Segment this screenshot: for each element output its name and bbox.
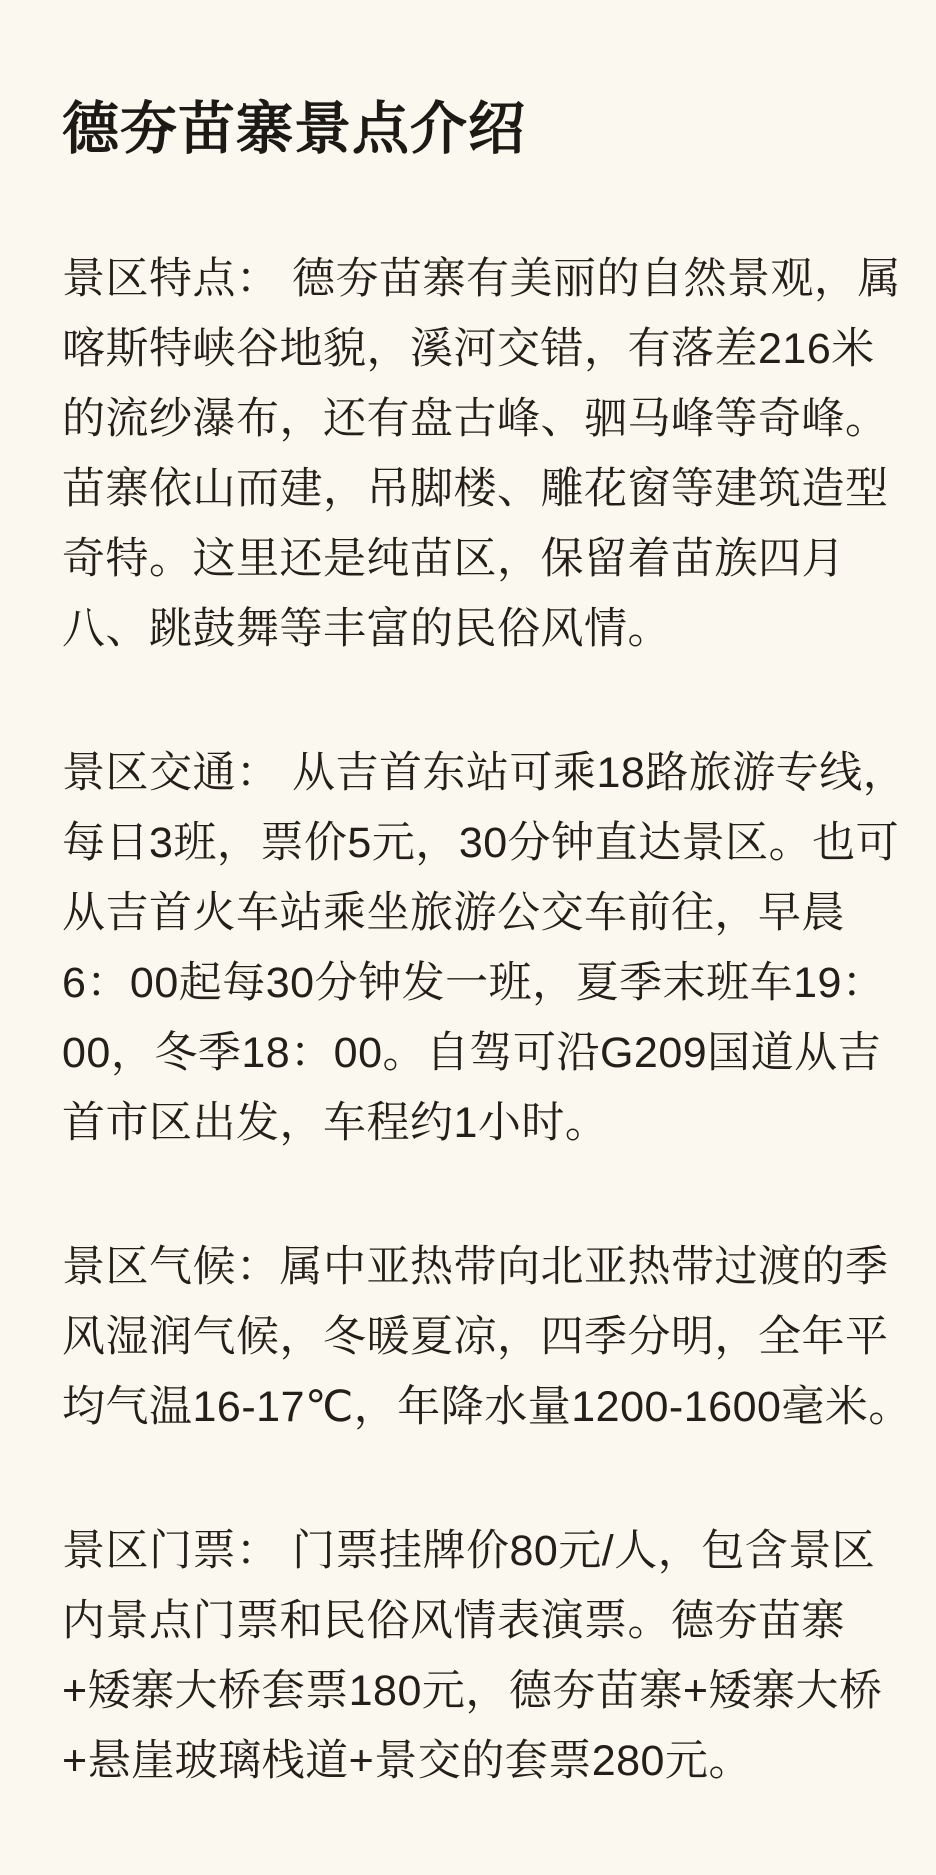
- text-line: +悬崖玻璃栈道+景交的套票280元。: [62, 1726, 886, 1796]
- section-climate: 景区气候：属中亚热带向北亚热带过渡的季 风湿润气候，冬暖夏凉，四季分明，全年平 …: [62, 1232, 886, 1442]
- text-line: 奇特。这里还是纯苗区，保留着苗族四月: [62, 524, 886, 594]
- text-line: 6：00起每30分钟发一班，夏季末班车19：: [62, 948, 886, 1018]
- text-line: +矮寨大桥套票180元，德夯苗寨+矮寨大桥: [62, 1656, 886, 1726]
- text-line: 00，冬季18：00。自驾可沿G209国道从吉: [62, 1018, 886, 1088]
- text-line: 景区交通： 从吉首东站可乘18路旅游专线，: [62, 738, 886, 808]
- text-line: 均气温16-17℃，年降水量1200-1600毫米。: [62, 1372, 886, 1442]
- document-content: 德夯苗寨景点介绍 景区特点： 德夯苗寨有美丽的自然景观，属 喀斯特峡谷地貌，溪河…: [0, 0, 936, 1796]
- text-line: 首市区出发，车程约1小时。: [62, 1088, 886, 1158]
- scenic-spot-intro-page: 德夯苗寨景点介绍 景区特点： 德夯苗寨有美丽的自然景观，属 喀斯特峡谷地貌，溪河…: [0, 0, 936, 1875]
- text-line: 喀斯特峡谷地貌，溪河交错，有落差216米: [62, 314, 886, 384]
- text-line: 苗寨依山而建，吊脚楼、雕花窗等建筑造型: [62, 454, 886, 524]
- text-line: 景区特点： 德夯苗寨有美丽的自然景观，属: [62, 244, 886, 314]
- section-tickets: 景区门票： 门票挂牌价80元/人，包含景区 内景点门票和民俗风情表演票。德夯苗寨…: [62, 1516, 886, 1796]
- text-line: 从吉首火车站乘坐旅游公交车前往，早晨: [62, 878, 886, 948]
- text-line: 内景点门票和民俗风情表演票。德夯苗寨: [62, 1586, 886, 1656]
- page-title: 德夯苗寨景点介绍: [62, 96, 886, 162]
- text-line: 景区门票： 门票挂牌价80元/人，包含景区: [62, 1516, 886, 1586]
- text-line: 景区气候：属中亚热带向北亚热带过渡的季: [62, 1232, 886, 1302]
- section-transportation: 景区交通： 从吉首东站可乘18路旅游专线， 每日3班，票价5元，30分钟直达景区…: [62, 738, 886, 1158]
- text-line: 每日3班，票价5元，30分钟直达景区。也可: [62, 808, 886, 878]
- text-line: 的流纱瀑布，还有盘古峰、驷马峰等奇峰。: [62, 384, 886, 454]
- text-line: 风湿润气候，冬暖夏凉，四季分明，全年平: [62, 1302, 886, 1372]
- section-scenic-features: 景区特点： 德夯苗寨有美丽的自然景观，属 喀斯特峡谷地貌，溪河交错，有落差216…: [62, 244, 886, 664]
- text-line: 八、跳鼓舞等丰富的民俗风情。: [62, 594, 886, 664]
